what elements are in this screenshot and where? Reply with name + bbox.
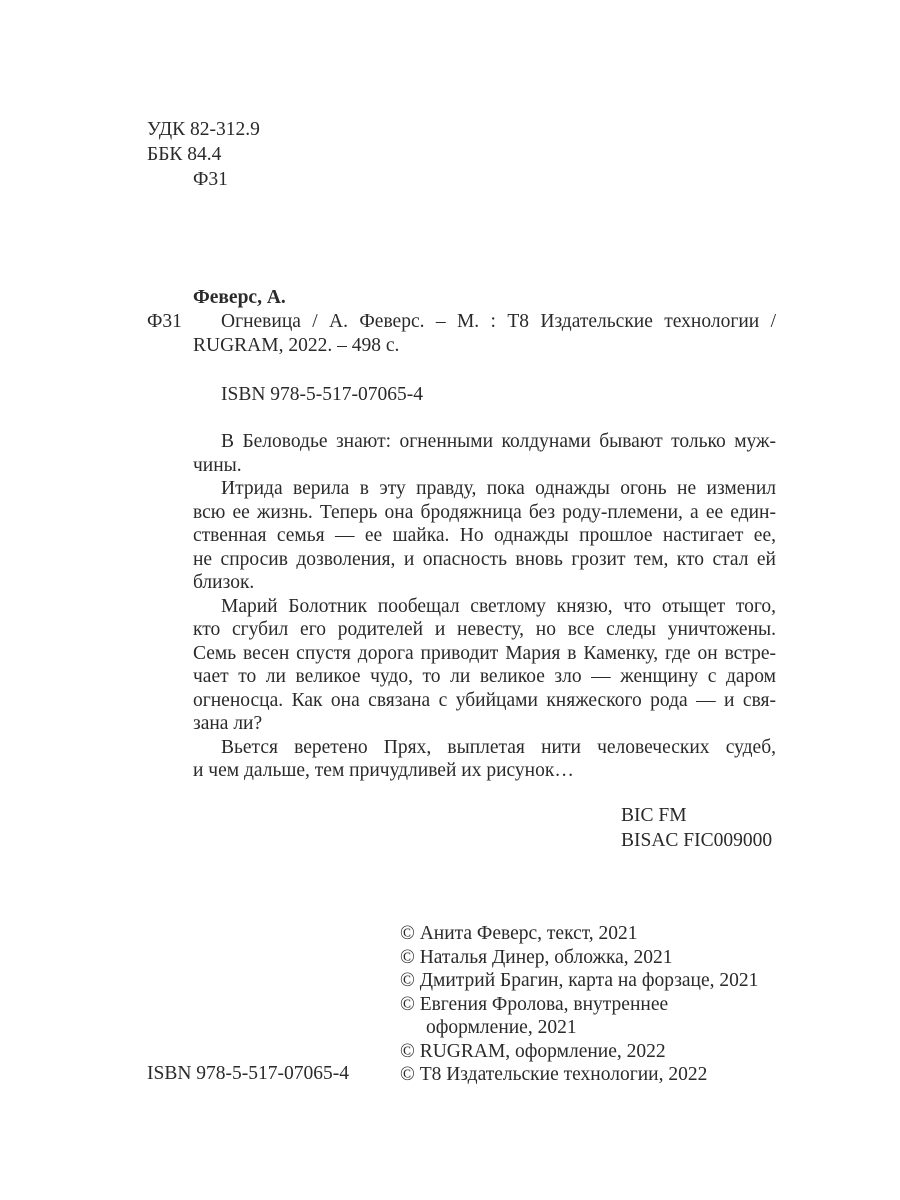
text-line: Вьется веретено Прях, выплетая нити чело…	[193, 736, 776, 760]
text-line: ственная семья — ее шайка. Но однажды пр…	[193, 524, 776, 548]
copyright-line: © RUGRAM, оформление, 2022	[400, 1040, 758, 1064]
copyright-line: © Т8 Издательские технологии, 2022	[400, 1063, 758, 1087]
author-heading: Феверс, А.	[193, 286, 286, 310]
text-line: Семь весен спустя дорога приводит Мария …	[193, 642, 776, 666]
classification-codes: УДК 82-312.9 ББК 84.4 Ф31	[147, 117, 260, 192]
annotation-paragraph: Марий Болотник пообещал светлому князю, …	[193, 595, 776, 736]
text-line: В Беловодье знают: огненными колдунами б…	[193, 430, 776, 454]
catalog-isbn: ISBN 978-5-517-07065-4	[221, 383, 423, 407]
text-line: не спросив дозволения, и опасность вновь…	[193, 548, 776, 572]
bic-code: BIC FM	[621, 803, 772, 828]
text-line: огненосца. Как она связана с убийцами кн…	[193, 689, 776, 713]
copyright-list: © Анита Феверс, текст, 2021 © Наталья Ди…	[400, 922, 758, 1087]
text-line: Итрида верила в эту правду, пока однажды…	[193, 477, 776, 501]
text-line: всю ее жизнь. Теперь она бродяжница без …	[193, 501, 776, 525]
text-line: Марий Болотник пообещал светлому князю, …	[193, 595, 776, 619]
bisac-code: BISAC FIC009000	[621, 828, 772, 853]
annotation: В Беловодье знают: огненными колдунами б…	[193, 430, 776, 783]
annotation-paragraph: Вьется веретено Прях, выплетая нити чело…	[193, 736, 776, 783]
copyright-line: © Наталья Динер, обложка, 2021	[400, 946, 758, 970]
annotation-paragraph: Итрида верила в эту правду, пока однажды…	[193, 477, 776, 595]
copyright-line: © Евгения Фролова, внутреннее	[400, 993, 758, 1017]
footer-isbn: ISBN 978-5-517-07065-4	[147, 1062, 349, 1086]
text-line: чины.	[193, 454, 776, 478]
udk-code: УДК 82-312.9	[147, 117, 260, 142]
biblio-line: Огневица / А. Феверс. – М. : Т8 Издатель…	[193, 310, 776, 334]
text-line: близок.	[193, 571, 776, 595]
annotation-paragraph: В Беловодье знают: огненными колдунами б…	[193, 430, 776, 477]
bibliographic-description: Огневица / А. Феверс. – М. : Т8 Издатель…	[193, 310, 776, 357]
biblio-line: RUGRAM, 2022. – 498 с.	[193, 334, 776, 358]
copyright-line: © Анита Феверс, текст, 2021	[400, 922, 758, 946]
catalog-author-mark: Ф31	[147, 310, 182, 334]
text-line: зана ли?	[193, 712, 776, 736]
bbk-code: ББК 84.4	[147, 142, 260, 167]
text-line: чает то ли великое чудо, то ли великое з…	[193, 665, 776, 689]
text-line: кто сгубил его родителей и невесту, но в…	[193, 618, 776, 642]
author-mark: Ф31	[147, 167, 260, 192]
copyright-line-continuation: оформление, 2021	[400, 1016, 758, 1040]
copyright-line: © Дмитрий Брагин, карта на форзаце, 2021	[400, 969, 758, 993]
subject-codes: BIC FM BISAC FIC009000	[621, 803, 772, 853]
text-line: и чем дальше, тем причудливей их рисунок…	[193, 759, 776, 783]
